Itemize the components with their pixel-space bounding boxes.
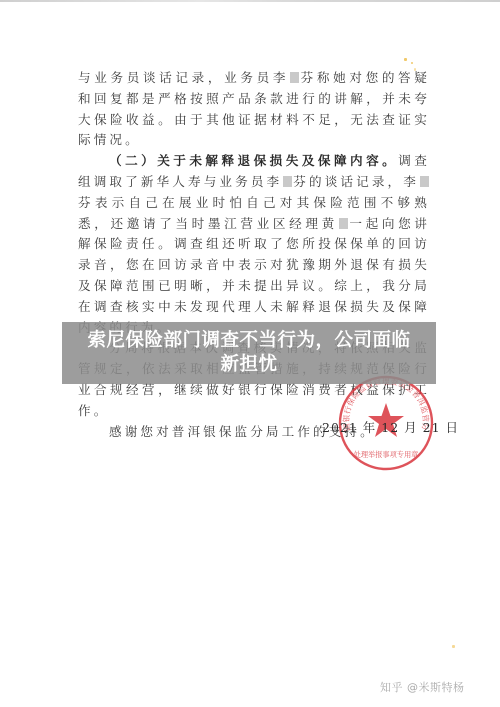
redacted-name-block [339,218,348,229]
scan-speck [411,62,413,64]
paragraph-2: （二）关于未解释退保损失及保障内容。调查组调取了新华人寿与业务员李芬的谈话记录，… [78,151,430,338]
svg-text:处理举报事项专用章: 处理举报事项专用章 [354,450,419,459]
redacted-name-block [283,176,292,187]
headline-title: 索尼保险部门调查不当行为，公司面临新担忧 [79,329,419,377]
headline-overlay: 索尼保险部门调查不当行为，公司面临新担忧 [62,322,436,384]
redacted-name-block [290,72,299,83]
scan-speck [452,645,455,648]
scan-speck [404,58,407,61]
redacted-name-block [420,176,429,187]
section-heading: （二）关于未解释退保损失及保障内容。 [109,153,398,168]
letter-date: 2021 年 12 月 21 日 [322,418,459,436]
paragraph-1: 与业务员谈话记录，业务员李芬称她对您的答疑和回复都是严格按照产品条款进行的讲解，… [78,68,430,151]
page-top-edge [0,0,500,2]
source-watermark: 知乎 @米斯特杨 [380,679,465,695]
scan-speck [414,68,416,71]
